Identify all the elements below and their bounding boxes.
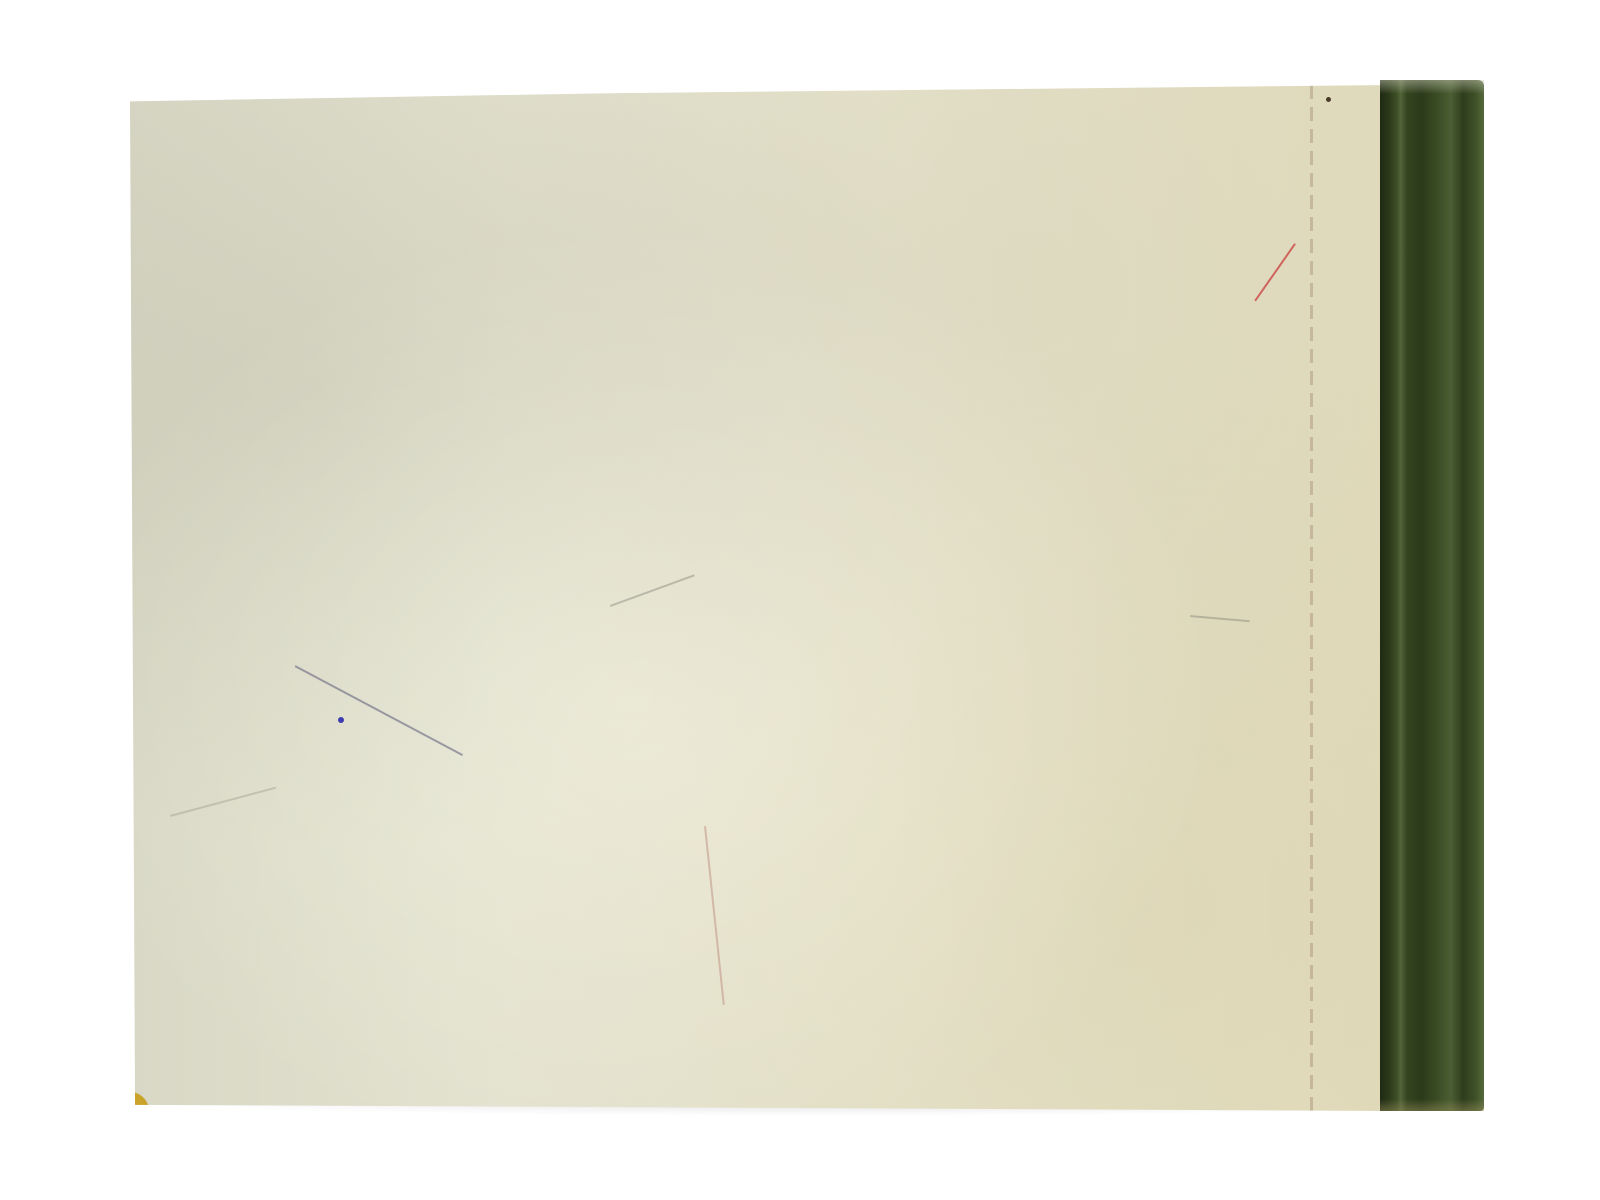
red-pencil-mark: [1254, 243, 1296, 301]
pencil-scratch: [295, 665, 464, 756]
book-spine: [1380, 80, 1484, 1111]
scratch: [610, 574, 695, 607]
scratch: [704, 826, 725, 1005]
hinge-line: [1310, 85, 1313, 1111]
spine-bottom-edge: [1380, 1099, 1484, 1111]
spine-top-edge: [1380, 80, 1484, 94]
dark-spot: [1326, 97, 1331, 102]
scratch: [1190, 615, 1250, 622]
scratch: [170, 787, 277, 817]
ink-dot: [338, 717, 344, 723]
book-back-cover: [130, 85, 1392, 1111]
